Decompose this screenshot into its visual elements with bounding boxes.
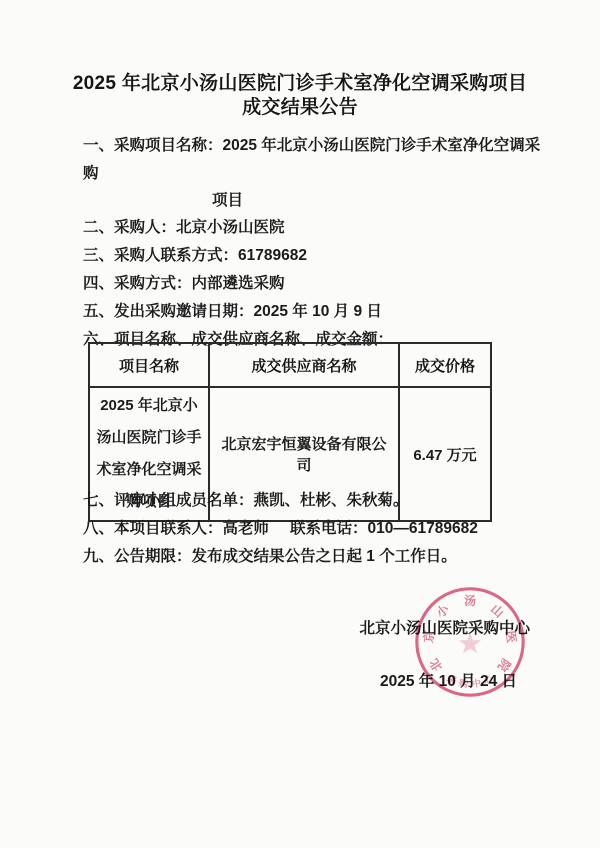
numbered-items-top: 一、采购项目名称：2025 年北京小汤山医院门诊手术室净化空调采购 项目 二、采… <box>83 132 545 354</box>
item-purchase-method: 四、采购方式：内部遴选采购 <box>83 270 545 298</box>
item-purchaser-contact: 三、采购人联系方式：61789682 <box>83 242 545 270</box>
table-header-project-name: 项目名称 <box>89 343 209 387</box>
item-project-name-continuation: 项目 <box>83 188 545 214</box>
document-page: 2025 年北京小汤山医院门诊手术室净化空调采购项目 成交结果公告 一、采购项目… <box>0 0 600 848</box>
table-header-supplier: 成交供应商名称 <box>209 343 399 387</box>
numbered-items-bottom: 七、评审小组成员名单：燕凯、杜彬、朱秋菊。 八、本项目联系人：高老师联系电话：0… <box>83 487 560 571</box>
item-contact-person: 八、本项目联系人：高老师 <box>83 520 269 537</box>
svg-text:汤: 汤 <box>464 593 476 608</box>
signature-organization: 北京小汤山医院采购中心 <box>0 616 530 638</box>
item-contact: 八、本项目联系人：高老师联系电话：010—61789682 <box>83 515 560 543</box>
signature-date: 2025 年 10 月 24 日 <box>0 669 517 691</box>
document-title-line2: 成交结果公告 <box>0 96 600 120</box>
document-title: 2025 年北京小汤山医院门诊手术室净化空调采购项目 成交结果公告 <box>0 72 600 119</box>
item-review-panel: 七、评审小组成员名单：燕凯、杜彬、朱秋菊。 <box>83 487 560 515</box>
table-header-price: 成交价格 <box>399 343 491 387</box>
item-contact-phone: 联系电话：010—61789682 <box>290 520 478 537</box>
document-title-line1: 2025 年北京小汤山医院门诊手术室净化空调采购项目 <box>0 72 600 96</box>
table-header-row: 项目名称 成交供应商名称 成交价格 <box>89 343 491 387</box>
item-invitation-date: 五、发出采购邀请日期：2025 年 10 月 9 日 <box>83 298 545 326</box>
item-announcement-period: 九、公告期限：发布成交结果公告之日起 1 个工作日。 <box>83 543 560 571</box>
item-project-name: 一、采购项目名称：2025 年北京小汤山医院门诊手术室净化空调采购 项目 <box>83 132 545 214</box>
item-purchaser: 二、采购人：北京小汤山医院 <box>83 214 545 242</box>
